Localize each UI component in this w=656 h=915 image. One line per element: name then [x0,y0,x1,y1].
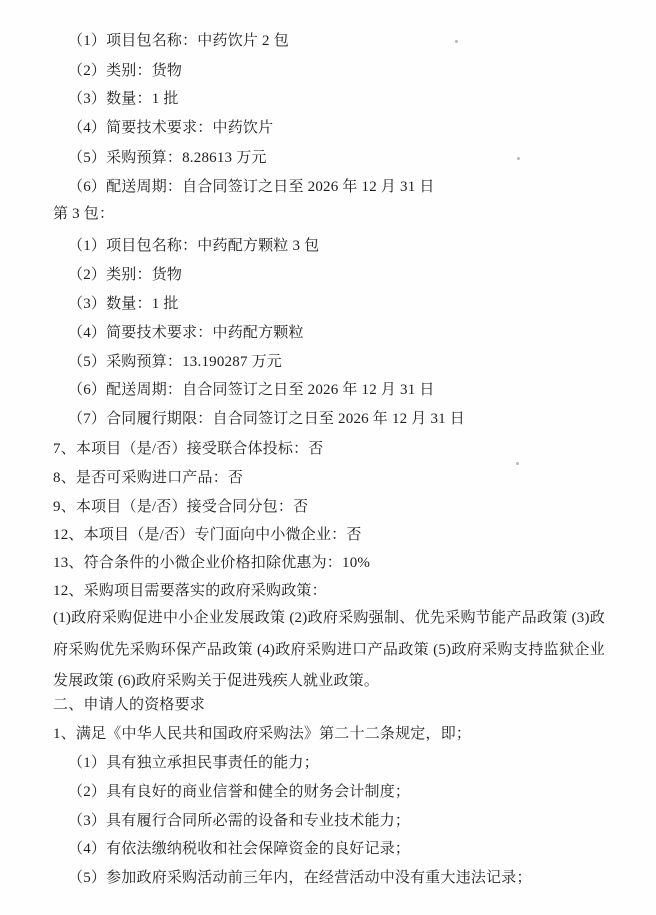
scanned-document-page: （1）项目包名称：中药饮片 2 包 （2）类别：货物 （3）数量：1 批 （4）… [0,0,656,915]
doc-line-budget: （5）采购预算：13.190287 万元 [68,354,282,370]
doc-line-import-products: 8、是否可采购进口产品：否 [53,470,243,486]
doc-line-subcontract: 9、本项目（是/否）接受合同分包：否 [53,499,308,515]
doc-line-contract-term: （7）合同履行期限：自合同签订之日至 2026 年 12 月 31 日 [68,411,465,427]
doc-line-no-violation: （5）参加政府采购活动前三年内，在经营活动中没有重大违法记录； [68,870,532,886]
scan-speck [455,40,458,43]
doc-line-package-name: （1）项目包名称：中药配方颗粒 3 包 [68,238,319,254]
doc-line-quantity: （3）数量：1 批 [68,296,179,312]
doc-line-policy-heading: 12、采购项目需要落实的政府采购政策： [53,583,327,599]
policy-paragraph: (1)政府采购促进中小企业发展政策 (2)政府采购强制、优先采购节能产品政策 (… [53,603,605,698]
doc-line-sme-discount: 13、符合条件的小微企业价格扣除优惠为：10% [53,555,370,571]
scan-speck [517,157,520,160]
scan-speck [516,462,519,465]
doc-line-sme-oriented: 12、本项目（是/否）专门面向中小微企业：否 [53,527,362,543]
doc-line-budget: （5）采购预算：8.28613 万元 [68,150,267,166]
doc-line-delivery-period: （6）配送周期：自合同签订之日至 2026 年 12 月 31 日 [68,179,435,195]
doc-line-tax-social-record: （4）有依法缴纳税收和社会保障资金的良好记录； [68,841,410,857]
doc-line-delivery-period: （6）配送周期：自合同签订之日至 2026 年 12 月 31 日 [68,382,435,398]
doc-line-equipment-ability: （3）具有履行合同所必需的设备和专业技术能力； [68,813,410,829]
doc-line-civil-liability: （1）具有独立承担民事责任的能力； [68,755,319,771]
doc-line-law-article22: 1、满足《中华人民共和国政府采购法》第二十二条规定，即； [53,726,471,742]
section-heading-applicant-qualification: 二、申请人的资格要求 [53,697,205,713]
doc-line-category: （2）类别：货物 [68,267,182,283]
doc-line-quantity: （3）数量：1 批 [68,91,179,107]
doc-line-category: （2）类别：货物 [68,63,182,79]
doc-line-tech-requirement: （4）简要技术要求：中药配方颗粒 [68,325,304,341]
doc-line-package3-heading: 第 3 包： [53,206,114,222]
doc-line-consortium-bid: 7、本项目（是/否）接受联合体投标：否 [53,441,323,457]
doc-line-tech-requirement: （4）简要技术要求：中药饮片 [68,120,273,136]
doc-line-credit-accounting: （2）具有良好的商业信誉和健全的财务会计制度； [68,784,410,800]
doc-line-package-name: （1）项目包名称：中药饮片 2 包 [68,33,289,49]
